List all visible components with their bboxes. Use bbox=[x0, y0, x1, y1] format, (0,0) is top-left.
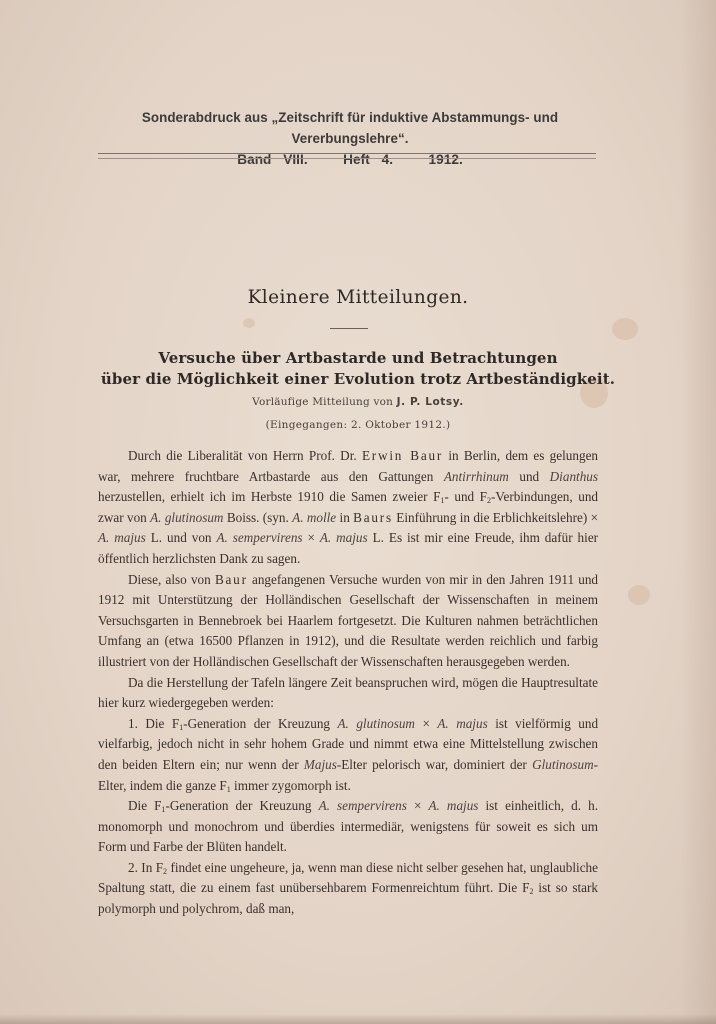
offprint-header: Sonderabdruck aus „Zeitschrift für induk… bbox=[96, 107, 604, 170]
paper-stain bbox=[612, 318, 638, 340]
received-date: (Eingegangen: 2. Oktober 1912.) bbox=[0, 419, 716, 431]
article-title: Versuche über Artbastarde und Betrachtun… bbox=[80, 348, 636, 390]
page-edge-shadow bbox=[680, 0, 716, 1024]
byline: Vorläufige Mitteilung von J. P. Lotsy. bbox=[0, 396, 716, 408]
paragraph-2: Diese, also von Baur angefangenen Versuc… bbox=[98, 570, 598, 673]
paragraph-5: Die F1-Generation der Kreuzung A. semper… bbox=[98, 796, 598, 858]
paper-stain bbox=[243, 318, 255, 328]
document-page: Sonderabdruck aus „Zeitschrift für induk… bbox=[0, 0, 716, 1024]
journal-citation: Sonderabdruck aus „Zeitschrift für induk… bbox=[96, 107, 604, 149]
author-name: J. P. Lotsy. bbox=[397, 396, 464, 408]
header-rule bbox=[98, 153, 596, 159]
page-bottom-edge bbox=[0, 1014, 716, 1024]
byline-prefix: Vorläufige Mitteilung von bbox=[252, 396, 393, 408]
paper-stain bbox=[628, 585, 650, 605]
paragraph-3: Da die Herstellung der Tafeln längere Ze… bbox=[98, 673, 598, 714]
paragraph-4: 1. Die F1-Generation der Kreuzung A. glu… bbox=[98, 714, 598, 796]
article-title-line-2: über die Möglichkeit einer Evolution tro… bbox=[80, 369, 636, 390]
article-title-line-1: Versuche über Artbastarde und Betrachtun… bbox=[80, 348, 636, 369]
paragraph-1: Durch die Liberalität von Herrn Prof. Dr… bbox=[98, 446, 598, 570]
section-title: Kleinere Mitteilungen. bbox=[0, 287, 716, 308]
section-divider bbox=[330, 328, 368, 329]
article-body: Durch die Liberalität von Herrn Prof. Dr… bbox=[98, 446, 598, 920]
paragraph-6: 2. In F2 findet eine ungeheure, ja, wenn… bbox=[98, 858, 598, 920]
